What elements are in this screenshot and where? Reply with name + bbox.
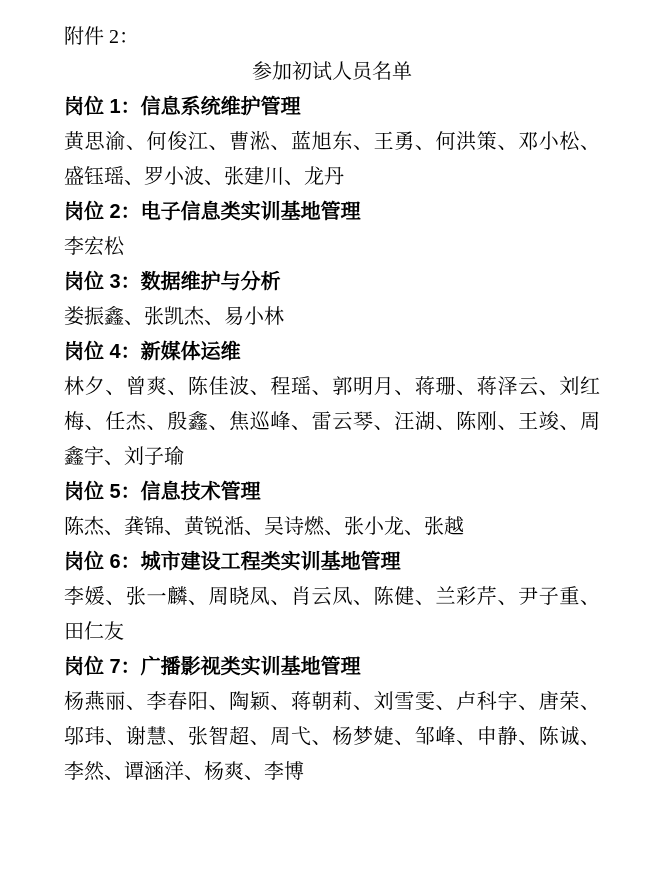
position-heading: 岗位 2：电子信息类实训基地管理 bbox=[64, 195, 600, 230]
position-section: 岗位 1：信息系统维护管理 黄思渝、何俊江、曹淞、蓝旭东、王勇、何洪策、邓小松、… bbox=[64, 90, 600, 195]
position-section: 岗位 6：城市建设工程类实训基地管理 李媛、张一麟、周晓凤、肖云凤、陈健、兰彩芹… bbox=[64, 545, 600, 650]
position-heading: 岗位 1：信息系统维护管理 bbox=[64, 90, 600, 125]
position-heading: 岗位 7：广播影视类实训基地管理 bbox=[64, 650, 600, 685]
sections: 岗位 1：信息系统维护管理 黄思渝、何俊江、曹淞、蓝旭东、王勇、何洪策、邓小松、… bbox=[64, 90, 600, 790]
position-section: 岗位 4：新媒体运维 林夕、曾爽、陈佳波、程瑶、郭明月、蒋珊、蒋泽云、刘红梅、任… bbox=[64, 335, 600, 475]
position-section: 岗位 2：电子信息类实训基地管理 李宏松 bbox=[64, 195, 600, 265]
position-names: 李宏松 bbox=[64, 230, 600, 265]
position-names: 陈杰、龚锦、黄锐湉、吴诗燃、张小龙、张越 bbox=[64, 510, 600, 545]
position-section: 岗位 3：数据维护与分析 娄振鑫、张凯杰、易小林 bbox=[64, 265, 600, 335]
position-heading: 岗位 6：城市建设工程类实训基地管理 bbox=[64, 545, 600, 580]
position-names: 杨燕丽、李春阳、陶颖、蒋朝莉、刘雪雯、卢科宇、唐荣、邬玮、谢慧、张智超、周弋、杨… bbox=[64, 685, 600, 790]
position-heading: 岗位 5：信息技术管理 bbox=[64, 475, 600, 510]
position-heading: 岗位 3：数据维护与分析 bbox=[64, 265, 600, 300]
position-names: 林夕、曾爽、陈佳波、程瑶、郭明月、蒋珊、蒋泽云、刘红梅、任杰、殷鑫、焦巡峰、雷云… bbox=[64, 370, 600, 475]
position-section: 岗位 5：信息技术管理 陈杰、龚锦、黄锐湉、吴诗燃、张小龙、张越 bbox=[64, 475, 600, 545]
document-title: 参加初试人员名单 bbox=[64, 55, 600, 90]
attachment-label: 附件 2： bbox=[64, 20, 600, 55]
document-page: 附件 2： 参加初试人员名单 岗位 1：信息系统维护管理 黄思渝、何俊江、曹淞、… bbox=[0, 0, 661, 883]
position-names: 娄振鑫、张凯杰、易小林 bbox=[64, 300, 600, 335]
position-names: 黄思渝、何俊江、曹淞、蓝旭东、王勇、何洪策、邓小松、盛钰瑶、罗小波、张建川、龙丹 bbox=[64, 125, 600, 195]
position-section: 岗位 7：广播影视类实训基地管理 杨燕丽、李春阳、陶颖、蒋朝莉、刘雪雯、卢科宇、… bbox=[64, 650, 600, 790]
position-names: 李媛、张一麟、周晓凤、肖云凤、陈健、兰彩芹、尹子重、田仁友 bbox=[64, 580, 600, 650]
position-heading: 岗位 4：新媒体运维 bbox=[64, 335, 600, 370]
